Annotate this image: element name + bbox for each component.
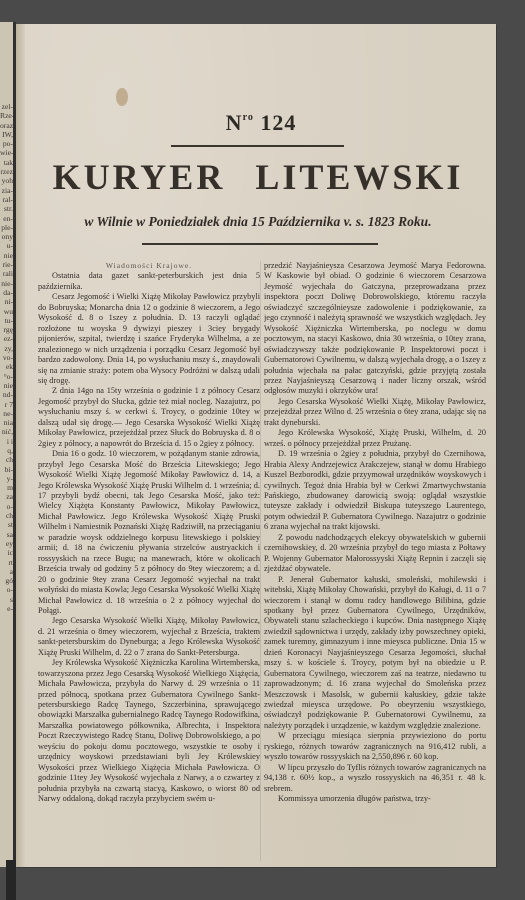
- article-paragraph: Ostatnia data gazet sankt-peterburskich …: [38, 271, 260, 292]
- article-paragraph: Z dnia 14go na 15ty września o godzinie …: [38, 386, 260, 449]
- issue-number: Nro 124: [216, 110, 306, 136]
- article-paragraph: P. Jenerał Gubernator kałuski, smoleński…: [264, 575, 486, 732]
- article-column-left: Wiadomości Krajowe. Ostatnia data gazet …: [38, 261, 260, 861]
- masthead-rule-top: [171, 145, 344, 147]
- section-heading: Wiadomości Krajowe.: [38, 261, 260, 271]
- column-gutter: [260, 261, 261, 861]
- issue-prefix: N: [226, 110, 243, 135]
- book-spine-bottom: [6, 860, 16, 900]
- article-paragraph: Jego Cesarska Wysokość Wielki Xiążę, Mik…: [38, 616, 260, 658]
- article-paragraph: Dnia 16 o godz. 10 wieczorem, w pożądany…: [38, 449, 260, 616]
- newspaper-page: Nro 124 KURYER LITEWSKI w Wilnie w Ponie…: [16, 24, 496, 867]
- article-paragraph: Kommissya umorzenia długów państwa, trzy…: [264, 794, 486, 804]
- issue-sup: ro: [243, 112, 254, 123]
- dateline: w Wilnie w Poniedziałek dnia 15 Paździer…: [38, 214, 478, 230]
- page-fold: [16, 24, 25, 867]
- masthead-rule-bottom: [142, 243, 378, 245]
- article-paragraph: Jey Królewska Wysokość Xiężniczka Karoli…: [38, 658, 260, 804]
- left-page-text: zel- Rze- oraz IW, po- wie- tak rzez yoh…: [0, 102, 13, 742]
- article-paragraph: Jego Cesarska Wysokość Wielki Xiążę, Mik…: [264, 397, 486, 428]
- article-paragraph: W lipcu przyszło do Tyflis różnych towar…: [264, 763, 486, 794]
- article-paragraph: W przeciągu miesiąca sierpnia przywiezio…: [264, 731, 486, 762]
- article-paragraph: Cesarz Jegomość i Wielki Xiążę Mikołay P…: [38, 292, 260, 386]
- ink-stain: [116, 88, 128, 106]
- newspaper-title: KURYER LITEWSKI: [36, 156, 480, 198]
- article-paragraph: Z powodu nadchodzących elekcyy obywatels…: [264, 533, 486, 575]
- article-paragraph: D. 19 września o 2giey z południa, przyb…: [264, 449, 486, 533]
- article-paragraph: przedzić Nayjaśnieysza Cesarzowa Jeymość…: [264, 261, 486, 397]
- issue-value: 124: [260, 110, 296, 135]
- article-paragraph: Jego Królewska Wysokość, Xiążę Pruski, W…: [264, 428, 486, 449]
- article-column-right: przedzić Nayjaśnieysza Cesarzowa Jeymość…: [264, 261, 486, 861]
